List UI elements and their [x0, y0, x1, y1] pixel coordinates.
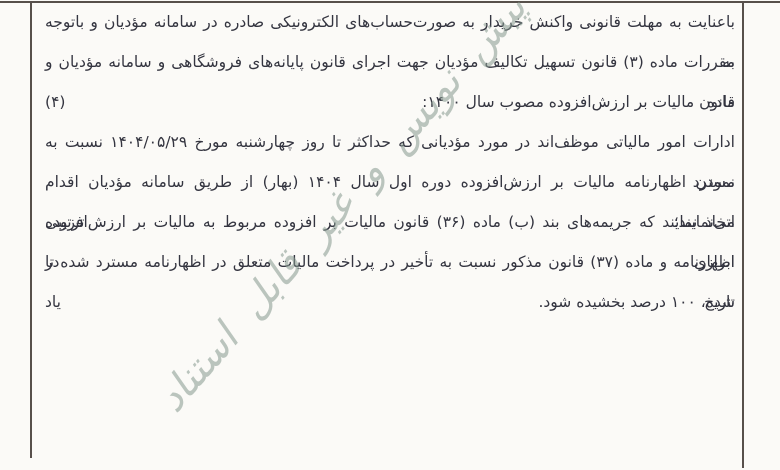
document-line-6: اتخاذ نمایند که جریمه‌های بند (ب) ماده (…	[45, 202, 735, 242]
document-line-1: باعنایت به مهلت قانونی واکنش خریدار به ص…	[45, 2, 735, 42]
document-body: باعنایت به مهلت قانونی واکنش خریدار به ص…	[45, 2, 735, 322]
document-line-2: مقررات ماده (۳) قانون تسهیل تکالیف مؤدیا…	[45, 42, 735, 82]
table-border-left	[30, 2, 32, 458]
document-line-7: اظهارنامه و ماده (۳۷) قانون مذکور نسبت ب…	[45, 242, 735, 282]
document-line-5: نمودن اظهارنامه مالیات بر ارزش‌افزوده دو…	[45, 162, 735, 202]
document-line-4: ادارات امور مالیاتی موظف‌اند در مورد مؤد…	[45, 122, 735, 162]
table-border-right	[742, 2, 744, 468]
scanned-document-page: باعنایت به مهلت قانونی واکنش خریدار به ص…	[0, 0, 780, 470]
